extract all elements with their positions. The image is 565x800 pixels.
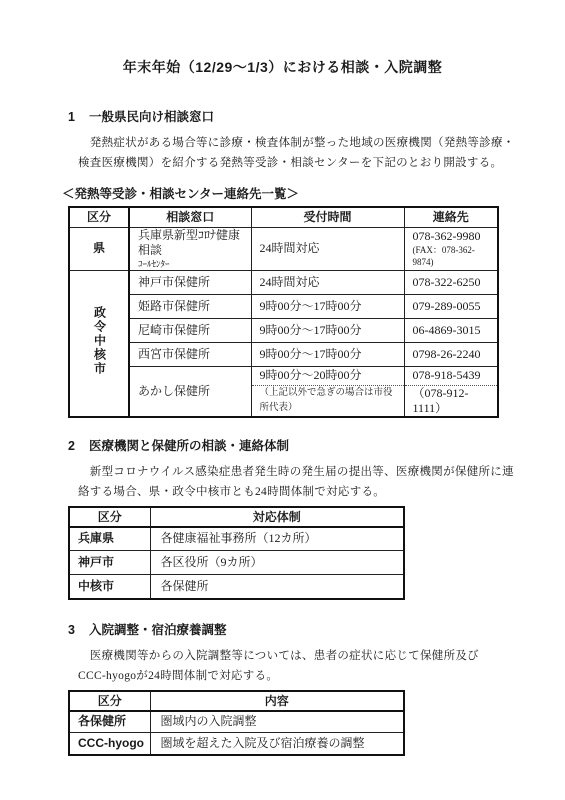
section-3-number: 3 [68, 620, 75, 640]
cell-window: 姫路市保健所 [129, 294, 251, 318]
cell-value: 圏域を超えた入院及び宿泊療養の調整 [150, 733, 404, 755]
hokenjo-contact-table: 区分 対応体制 兵庫県 各健康福祉事務所（12カ所） 神戸市 各区役所（9カ所）… [68, 506, 405, 600]
cell-hours: 24時間対応 [251, 227, 404, 270]
cell-label: 神戸市 [69, 551, 150, 575]
table-header-row: 区分 内容 [69, 691, 404, 711]
table-row: CCC-hyogo 圏域を超えた入院及び宿泊療養の調整 [69, 733, 404, 755]
section-1-number: 1 [68, 107, 75, 127]
content-area: 1 一般県民向け相談窓口 発熱症状がある場合等に診療・検査体制が整った地域の医療… [68, 107, 498, 756]
table-row: 神戸市 各区役所（9カ所） [69, 551, 404, 575]
section-3-title: 入院調整・宿泊療養調整 [89, 620, 227, 640]
cell-hours-note: （上記以外で急ぎの場合は市役所代表） [251, 385, 404, 417]
group-label-pref: 県 [69, 227, 129, 270]
cell-window: 神戸市保健所 [129, 270, 251, 294]
header-window: 相談窓口 [129, 207, 251, 227]
cell-tel: 0798-26-2240 [404, 342, 498, 366]
section-1-title: 一般県民向け相談窓口 [89, 107, 214, 127]
cell-hours: 9時00分～17時00分 [251, 342, 404, 366]
cell-value: 圏域内の入院調整 [150, 711, 404, 733]
cell-window: 兵庫県新型ｺﾛﾅ健康相談 ｺｰﾙｾﾝﾀｰ [129, 227, 251, 270]
header-division: 区分 [69, 207, 129, 227]
table-row: 各保健所 圏域内の入院調整 [69, 711, 404, 733]
header-division: 区分 [69, 507, 150, 527]
cell-label: CCC-hyogo [69, 733, 150, 755]
header-hours: 受付時間 [251, 207, 404, 227]
header-contact: 連絡先 [404, 207, 498, 227]
section-2-heading: 2 医療機関と保健所の相談・連絡体制 [68, 436, 498, 456]
table-1-caption: ＜発熱等受診・相談センター連絡先一覧＞ [62, 185, 498, 203]
section-3-heading: 3 入院調整・宿泊療養調整 [68, 620, 498, 640]
fever-consult-center-table: 区分 相談窓口 受付時間 連絡先 県 兵庫県新型ｺﾛﾅ健康相談 ｺｰﾙｾﾝﾀｰ … [68, 206, 499, 418]
section-1-heading: 1 一般県民向け相談窓口 [68, 107, 498, 127]
cell-window-sub: ｺｰﾙｾﾝﾀｰ [138, 258, 249, 270]
cell-label: 各保健所 [69, 711, 150, 733]
cell-tel: 078-322-6250 [404, 270, 498, 294]
cell-tel-note: （078-912-1111） [404, 385, 498, 417]
table-row: あかし保健所 9時00分～20時00分 078-918-5439 [69, 366, 498, 385]
cell-hours: 9時00分～17時00分 [251, 294, 404, 318]
cell-tel: 06-4869-3015 [404, 318, 498, 342]
cell-tel: 078-362-9980 (FAX：078-362-9874) [404, 227, 498, 270]
cell-tel: 078-918-5439 [404, 366, 498, 385]
section-3-paragraph: 医療機関等からの入院調整等については、患者の症状に応じて保健所及び CCC-hy… [78, 646, 518, 686]
cell-window-main: 兵庫県新型ｺﾛﾅ健康相談 [138, 228, 249, 258]
table-row: 中核市 各保健所 [69, 575, 404, 599]
table-row: 兵庫県 各健康福祉事務所（12カ所） [69, 527, 404, 551]
table-row: 県 兵庫県新型ｺﾛﾅ健康相談 ｺｰﾙｾﾝﾀｰ 24時間対応 078-362-99… [69, 227, 498, 270]
header-division: 区分 [69, 691, 150, 711]
cell-hours: 9時00分～20時00分 [251, 366, 404, 385]
vertical-label: 政令中核市 [92, 306, 107, 376]
table-row: 尼崎市保健所 9時00分～17時00分 06-4869-3015 [69, 318, 498, 342]
cell-tel-main: 078-362-9980 [413, 229, 496, 244]
document-page: 年末年始（12/29～1/3）における相談・入院調整 1 一般県民向け相談窓口 … [0, 0, 565, 800]
section-1-paragraph: 発熱症状がある場合等に診療・検査体制が整った地域の医療機関（発熱等診療・ 検査医… [78, 133, 518, 173]
cell-label: 兵庫県 [69, 527, 150, 551]
cell-value: 各健康福祉事務所（12カ所） [150, 527, 404, 551]
table-row: 姫路市保健所 9時00分～17時00分 079-289-0055 [69, 294, 498, 318]
cell-hours: 24時間対応 [251, 270, 404, 294]
cell-window: 西宮市保健所 [129, 342, 251, 366]
cell-value: 各保健所 [150, 575, 404, 599]
cell-hours: 9時00分～17時00分 [251, 318, 404, 342]
cell-window: あかし保健所 [129, 366, 251, 417]
section-2-number: 2 [68, 436, 75, 456]
cell-fax: (FAX：078-362-9874) [413, 244, 496, 268]
table-header-row: 区分 対応体制 [69, 507, 404, 527]
table-row: 西宮市保健所 9時00分～17時00分 0798-26-2240 [69, 342, 498, 366]
cell-window: 尼崎市保健所 [129, 318, 251, 342]
section-2-title: 医療機関と保健所の相談・連絡体制 [89, 436, 289, 456]
header-system: 対応体制 [150, 507, 404, 527]
admission-adjust-table: 区分 内容 各保健所 圏域内の入院調整 CCC-hyogo 圏域を超えた入院及び… [68, 690, 405, 756]
cell-tel: 079-289-0055 [404, 294, 498, 318]
cell-value: 各区役所（9カ所） [150, 551, 404, 575]
group-label-core: 政令中核市 [69, 270, 129, 417]
cell-label: 中核市 [69, 575, 150, 599]
section-2-paragraph: 新型コロナウイルス感染症患者発生時の発生届の提出等、医療機関が保健所に連 絡する… [78, 462, 518, 502]
header-content: 内容 [150, 691, 404, 711]
doc-title: 年末年始（12/29～1/3）における相談・入院調整 [0, 0, 565, 77]
table-row: 政令中核市 神戸市保健所 24時間対応 078-322-6250 [69, 270, 498, 294]
table-header-row: 区分 相談窓口 受付時間 連絡先 [69, 207, 498, 227]
